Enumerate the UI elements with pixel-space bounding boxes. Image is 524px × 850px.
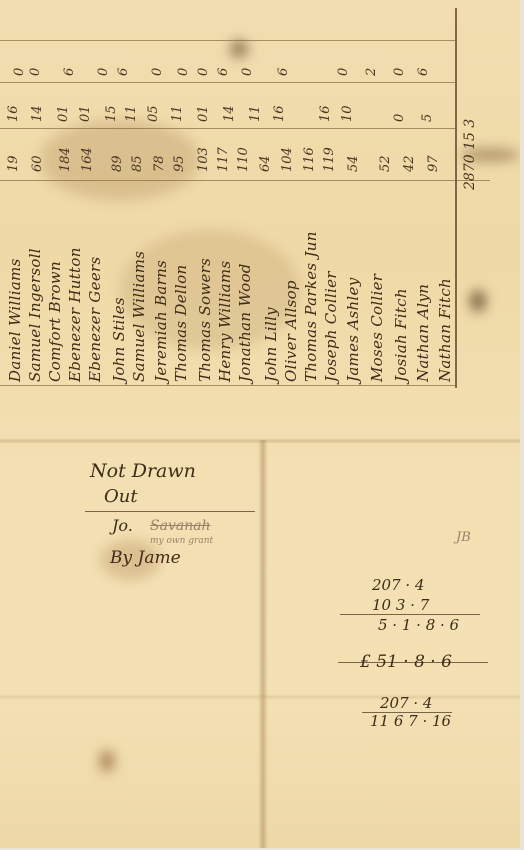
shillings-cell: 01 xyxy=(78,105,93,122)
pounds-cell: 60 xyxy=(30,155,45,172)
pence-cell: 6 xyxy=(116,68,131,76)
pence-cell: 6 xyxy=(216,68,231,76)
ledger-name: Thomas Dellon xyxy=(172,265,190,382)
note-underline xyxy=(85,511,255,512)
pounds-cell: 85 xyxy=(130,155,145,172)
shillings-cell: 11 xyxy=(170,105,185,122)
pounds-cell: 119 xyxy=(322,147,337,172)
ledger-name: Josiah Fitch xyxy=(392,288,410,382)
pounds-cell: 78 xyxy=(152,155,167,172)
corner-monogram: JB xyxy=(456,530,471,545)
shillings-cell: 11 xyxy=(248,105,263,122)
pence-cell: 0 xyxy=(96,68,111,76)
ledger-name: Comfort Brown xyxy=(46,261,64,382)
pounds-cell: 52 xyxy=(378,155,393,172)
ledger-name: John Lilly xyxy=(262,307,280,382)
ledger-name: Daniel Williams xyxy=(6,258,24,382)
ledger-name: Moses Collier xyxy=(368,274,386,382)
sum-row: 11 6 7 · 16 xyxy=(370,712,451,730)
shillings-cell: 05 xyxy=(146,105,161,122)
pounds-cell: 184 xyxy=(58,147,73,172)
fold-line xyxy=(258,440,268,848)
pence-cell: 6 xyxy=(276,68,291,76)
sum-row: 207 · 4 xyxy=(372,576,424,594)
shillings-cell: 15 xyxy=(104,105,119,122)
ledger-rule xyxy=(0,128,455,129)
ledger-name: Oliver Allsop xyxy=(282,280,300,382)
pence-cell: 0 xyxy=(392,68,407,76)
shillings-cell: 0 xyxy=(392,114,407,122)
shillings-cell: 16 xyxy=(6,105,21,122)
pounds-cell: 164 xyxy=(80,147,95,172)
shillings-cell: 16 xyxy=(318,105,333,122)
shillings-cell: 01 xyxy=(56,105,71,122)
pence-cell: 0 xyxy=(240,68,255,76)
note-out: Out xyxy=(104,486,138,507)
pounds-cell: 54 xyxy=(346,155,361,172)
ledger-name: John Stiles xyxy=(110,297,128,382)
pounds-cell: 42 xyxy=(402,155,417,172)
ledger-name: Henry Williams xyxy=(216,261,234,382)
shillings-cell: 16 xyxy=(272,105,287,122)
pence-cell: 0 xyxy=(12,68,27,76)
ledger-name: Ebenezer Geers xyxy=(86,257,104,383)
pounds-cell: 19 xyxy=(6,155,21,172)
ledger-name: Samuel Williams xyxy=(130,251,148,382)
pence-cell: 0 xyxy=(196,68,211,76)
shillings-cell: 5 xyxy=(420,114,435,122)
pence-cell: 0 xyxy=(28,68,43,76)
pence-cell: 0 xyxy=(336,68,351,76)
ledger-name: James Ashley xyxy=(344,278,362,382)
pounds-cell: 97 xyxy=(426,155,441,172)
ledger-rule xyxy=(0,180,490,181)
shillings-cell: 10 xyxy=(340,105,355,122)
sum-row: 5 · 1 · 8 · 6 xyxy=(378,616,459,634)
side-total: 2870 15 3 xyxy=(462,119,478,190)
pounds-cell: 117 xyxy=(216,147,231,172)
note-by: By Jame xyxy=(110,548,181,568)
pounds-cell: 110 xyxy=(236,147,251,172)
ledger-name: Nathan Fitch xyxy=(436,278,454,382)
note-interlinear: my own grant xyxy=(150,536,213,546)
shillings-cell: 11 xyxy=(124,105,139,122)
ledger-name: Jeremiah Barns xyxy=(152,260,170,382)
pounds-cell: 103 xyxy=(196,147,211,172)
pounds-cell: 104 xyxy=(280,147,295,172)
pounds-cell: 89 xyxy=(110,155,125,172)
ledger-rule xyxy=(0,385,455,386)
ledger-name: Thomas Sowers xyxy=(196,258,214,382)
sum-row: 207 · 4 xyxy=(380,694,432,712)
shillings-cell: 01 xyxy=(196,105,211,122)
ledger-name: Thomas Parkes Jun xyxy=(302,231,320,382)
pence-cell: 6 xyxy=(416,68,431,76)
ink-blot xyxy=(470,290,486,312)
ledger-name: Samuel Ingersoll xyxy=(26,248,44,382)
pence-cell: 2 xyxy=(364,68,379,76)
note-not-drawn: Not Drawn xyxy=(90,460,196,482)
ink-blot xyxy=(230,40,248,58)
ledger-column-rule xyxy=(455,8,457,388)
manuscript-page: Daniel Williams Samuel Ingersoll Comfort… xyxy=(0,0,520,848)
ledger-name: Jonathan Wood xyxy=(236,263,254,382)
note-struck-word: Savanah xyxy=(150,518,211,534)
sum-rule xyxy=(340,614,480,615)
sum-row: 10 3 · 7 xyxy=(372,596,429,614)
shillings-cell: 14 xyxy=(222,105,237,122)
ledger-name: Ebenezer Hutton xyxy=(66,247,84,382)
ledger-rule xyxy=(0,82,455,83)
pence-cell: 6 xyxy=(62,68,77,76)
ledger-name: Nathan Alyn xyxy=(414,284,432,382)
ledger-name: Joseph Collier xyxy=(322,271,340,382)
shillings-cell: 14 xyxy=(30,105,45,122)
pounds-cell: 116 xyxy=(302,147,317,172)
ink-blot xyxy=(100,750,114,772)
pounds-cell: 64 xyxy=(258,155,273,172)
note-prefix: Jo. xyxy=(112,516,133,535)
pence-cell: 0 xyxy=(176,68,191,76)
ledger-rule xyxy=(0,40,455,41)
pounds-cell: 95 xyxy=(172,155,187,172)
sum-total: £ 51 · 8 · 6 xyxy=(360,652,452,672)
pence-cell: 0 xyxy=(150,68,165,76)
